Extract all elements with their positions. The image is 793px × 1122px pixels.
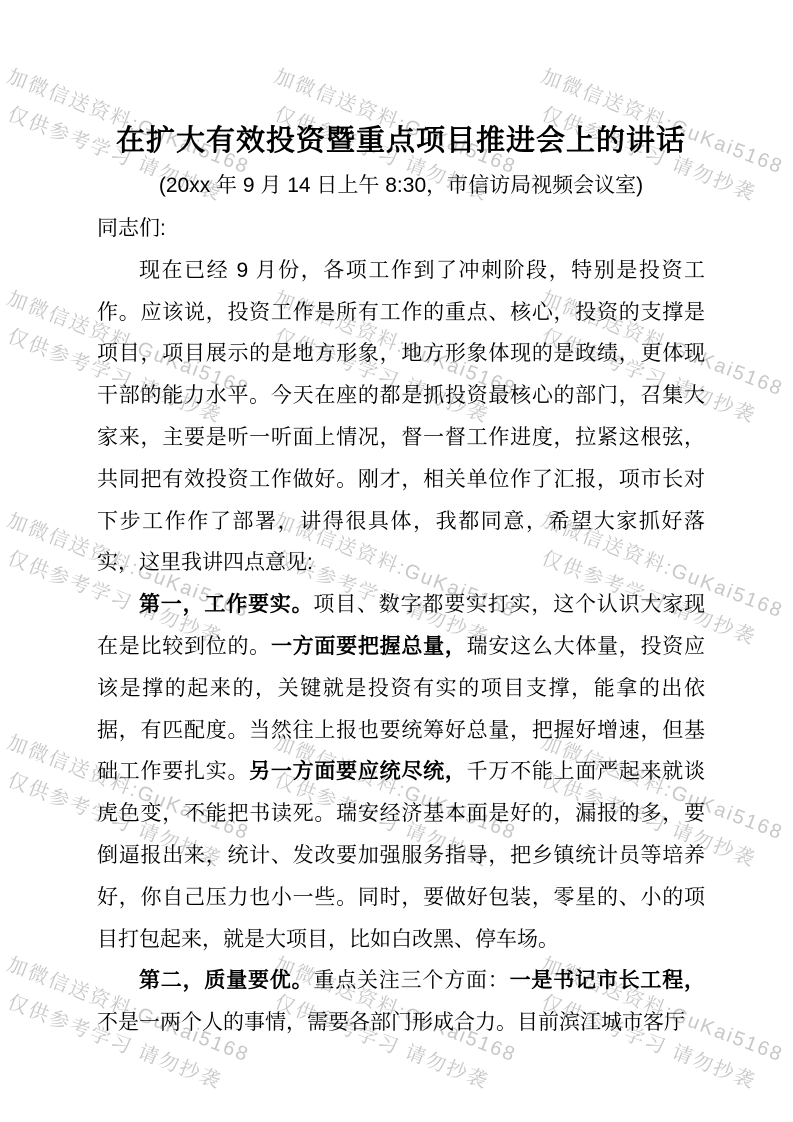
- text-run: 一是书记市长工程，: [510, 969, 705, 992]
- text-run: 一方面要把握总量，: [271, 635, 467, 658]
- text-run: 重点关注三个方面：: [313, 969, 509, 992]
- document-page: 加微信送资料:GuKai5168仅供参考学习 请勿抄袭加微信送资料:GuKai5…: [0, 0, 793, 1122]
- text-run: 另一方面要应统尽统，: [249, 760, 466, 783]
- text-run: 第一，工作要实。: [139, 593, 313, 616]
- paragraph: 现在已经 9 月份，各项工作到了冲刺阶段，特别是投资工作。应该说，投资工作是所有…: [97, 250, 705, 584]
- text-run: 第二，质量要优。: [139, 969, 313, 992]
- paragraph: 第二，质量要优。重点关注三个方面：一是书记市长工程，不是一两个人的事情，需要各部…: [97, 960, 705, 1044]
- document-subtitle: (20xx 年 9 月 14 日上午 8:30，市信访局视频会议室): [97, 164, 705, 208]
- text-run: 千万不能上面严起来就谈虎色变，不能把书读死。瑞安经济基本面是好的，漏报的多，要倒…: [97, 760, 705, 950]
- paragraph: 第一，工作要实。项目、数字都要实打实，这个认识大家现在是比较到位的。一方面要把握…: [97, 584, 705, 960]
- document-content: 在扩大有效投资暨重点项目推进会上的讲话 (20xx 年 9 月 14 日上午 8…: [97, 0, 705, 1044]
- text-run: 不是一两个人的事情，需要各部门形成合力。目前滨江城市客厅: [97, 1011, 685, 1034]
- document-body: 同志们: 现在已经 9 月份，各项工作到了冲刺阶段，特别是投资工作。应该说，投资…: [97, 208, 705, 1044]
- paragraph-list: 现在已经 9 月份，各项工作到了冲刺阶段，特别是投资工作。应该说，投资工作是所有…: [97, 250, 705, 1044]
- document-title: 在扩大有效投资暨重点项目推进会上的讲话: [97, 119, 705, 164]
- text-run: 现在已经 9 月份，各项工作到了冲刺阶段，特别是投资工作。应该说，投资工作是所有…: [97, 259, 705, 575]
- salutation-line: 同志们:: [97, 208, 705, 250]
